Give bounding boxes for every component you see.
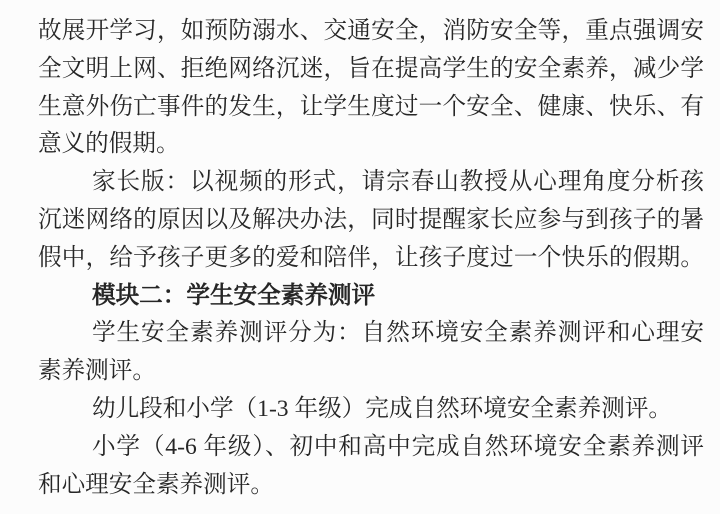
body-text-line: 全文明上网、拒绝网络沉迷，旨在提高学生的安全素养，减少学	[38, 51, 704, 89]
body-text-line: 意义的假期。	[38, 126, 704, 164]
document-page: 故展开学习，如预防溺水、交通安全，消防安全等，重点强调安 全文明上网、拒绝网络沉…	[0, 0, 720, 514]
body-text-line: 沉迷网络的原因以及解决办法，同时提醒家长应参与到孩子的暑	[38, 202, 704, 240]
section-heading: 模块二：学生安全素养测评	[38, 278, 704, 316]
body-text-line: 素养测评。	[38, 353, 704, 391]
body-text-line: 故展开学习，如预防溺水、交通安全，消防安全等，重点强调安	[38, 13, 704, 51]
body-text-line: 小学（4-6 年级）、初中和高中完成自然环境安全素养测评	[38, 429, 704, 467]
body-text-line: 幼儿段和小学（1-3 年级）完成自然环境安全素养测评。	[38, 391, 704, 429]
document-text-block: 故展开学习，如预防溺水、交通安全，消防安全等，重点强调安 全文明上网、拒绝网络沉…	[38, 13, 704, 504]
body-text-line: 和心理安全素养测评。	[38, 467, 704, 505]
body-text-line: 假中，给予孩子更多的爱和陪伴，让孩子度过一个快乐的假期。	[38, 240, 704, 278]
body-text-line: 家长版：以视频的形式，请宗春山教授从心理角度分析孩子	[38, 164, 704, 202]
body-text-line: 学生安全素养测评分为：自然环境安全素养测评和心理安全	[38, 315, 704, 353]
body-text-line: 生意外伤亡事件的发生，让学生度过一个安全、健康、快乐、有	[38, 89, 704, 127]
